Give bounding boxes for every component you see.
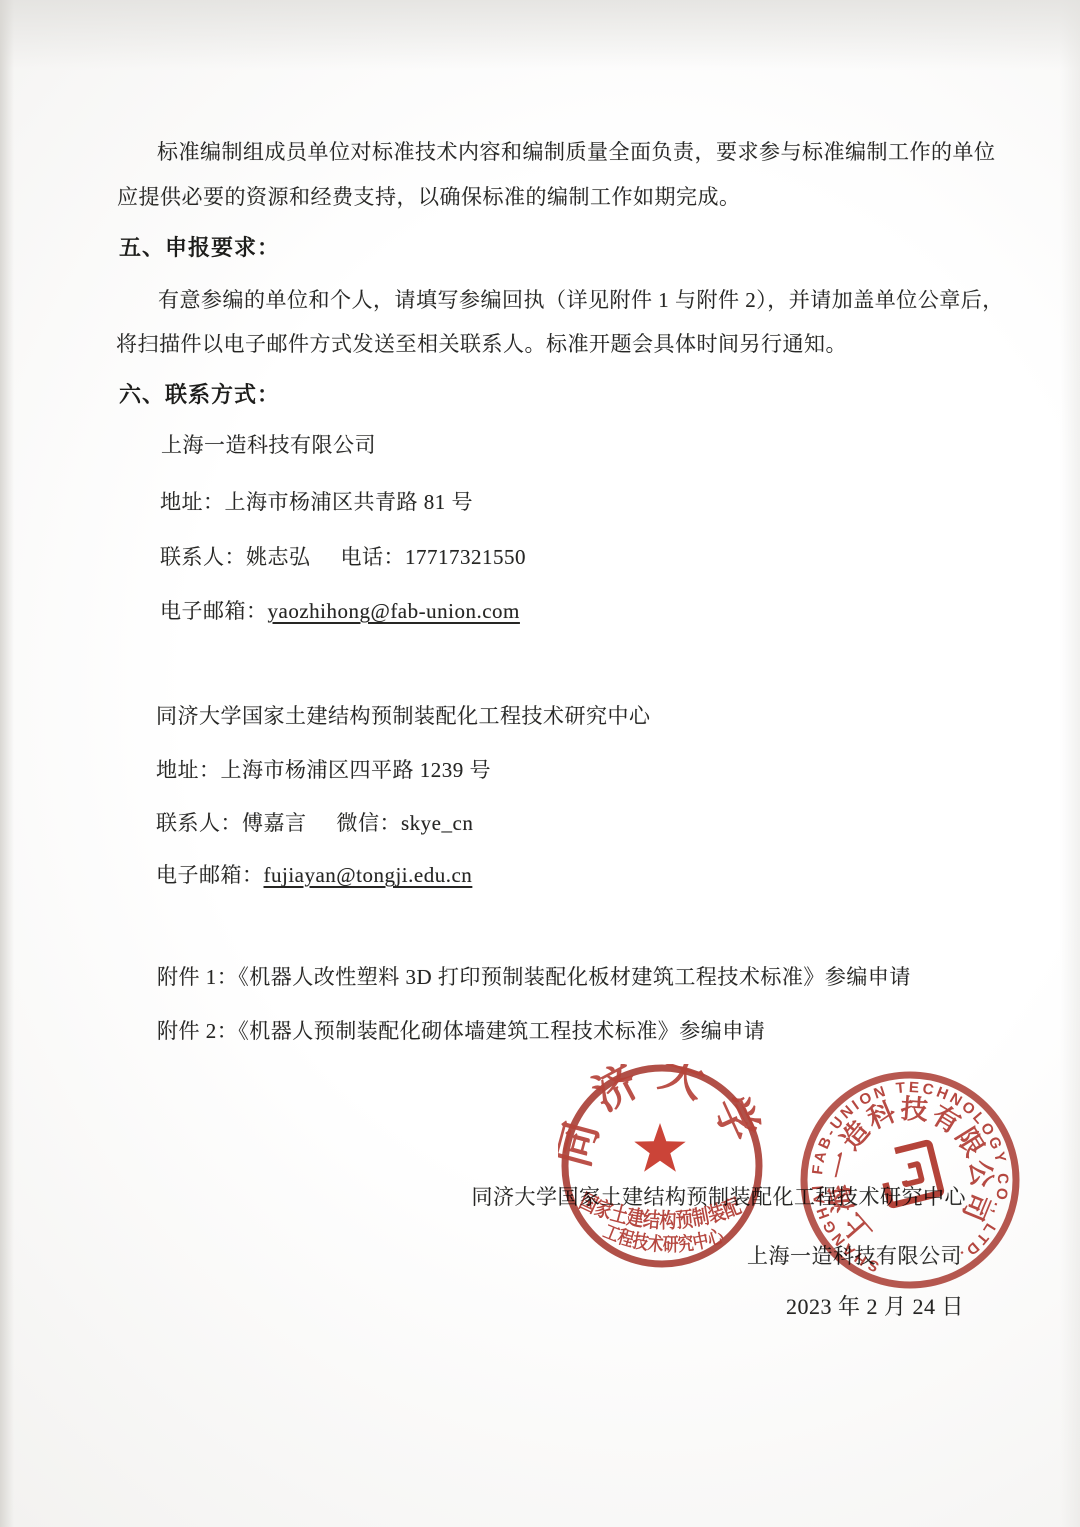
- section5-heading: 五、申报要求：: [119, 234, 280, 263]
- section5-body-line2: 将扫描件以电子邮件方式发送至相关联系人。标准开题会具体时间另行通知。: [116, 331, 847, 358]
- fabunion-company-seal-stamp: SHANGHAI FAB-UNION TECHNOLOGY CO., LTD. …: [786, 1068, 1034, 1296]
- contact2-address: 地址：上海市杨浦区四平路 1239 号: [156, 757, 491, 784]
- contact2-wechat: 微信：skye_cn: [337, 811, 474, 835]
- contact2-email-label: 电子邮箱：: [156, 863, 264, 887]
- contact1-org-name: 上海一造科技有限公司: [161, 432, 376, 459]
- intro-paragraph-line2: 应提供必要的资源和经费支持，以确保标准的编制工作如期完成。: [117, 184, 741, 211]
- tongji-university-seal-stamp: 同济大学 国家土建结构预制装配 工程技术研究中心: [558, 1064, 768, 1274]
- scanned-document-page: 标准编制组成员单位对标准技术内容和编制质量全面负责，要求参与标准编制工作的单位 …: [0, 0, 1080, 1527]
- contact2-person: 联系人：傅嘉言: [156, 811, 307, 835]
- fabunion-seal-square-spiral-logo: [878, 1142, 941, 1205]
- contact1-address: 地址：上海市杨浦区共青路 81 号: [160, 489, 473, 516]
- logo-outer-square: [878, 1142, 941, 1205]
- section5-body-line1: 有意参编的单位和个人，请填写参编回执（详见附件 1 与附件 2），并请加盖单位公…: [158, 287, 1004, 314]
- attachment1-reference: 附件 1：《机器人改性塑料 3D 打印预制装配化板材建筑工程技术标准》参编申请: [157, 964, 911, 991]
- contact1-email-address: yaozhihong@fab-union.com: [268, 599, 520, 623]
- contact2-email-line: 电子邮箱：fujiayan@tongji.edu.cn: [156, 862, 472, 889]
- contact1-email-line: 电子邮箱：yaozhihong@fab-union.com: [160, 598, 520, 625]
- contact2-person-line: 联系人：傅嘉言微信：skye_cn: [156, 810, 473, 837]
- tongji-seal-bottom-text-line1: 国家土建结构预制装配: [576, 1190, 745, 1233]
- contact1-phone: 电话：17717321550: [341, 545, 527, 569]
- contact2-org-name: 同济大学国家土建结构预制装配化工程技术研究中心: [156, 703, 651, 730]
- contact1-person-line: 联系人：姚志弘电话：17717321550: [160, 544, 526, 571]
- logo-inner-square: [901, 1164, 922, 1185]
- tongji-seal-star-icon: [634, 1123, 685, 1172]
- signature-date: 2023 年 2 月 24 日: [786, 1293, 964, 1322]
- section6-heading: 六、联系方式：: [119, 381, 280, 410]
- attachment2-reference: 附件 2：《机器人预制装配化砌体墙建筑工程技术标准》参编申请: [157, 1018, 765, 1045]
- contact1-person: 联系人：姚志弘: [160, 545, 311, 569]
- contact2-email-address: fujiayan@tongji.edu.cn: [264, 863, 473, 887]
- intro-paragraph-line1: 标准编制组成员单位对标准技术内容和编制质量全面负责，要求参与标准编制工作的单位: [157, 139, 996, 166]
- contact1-email-label: 电子邮箱：: [160, 599, 268, 623]
